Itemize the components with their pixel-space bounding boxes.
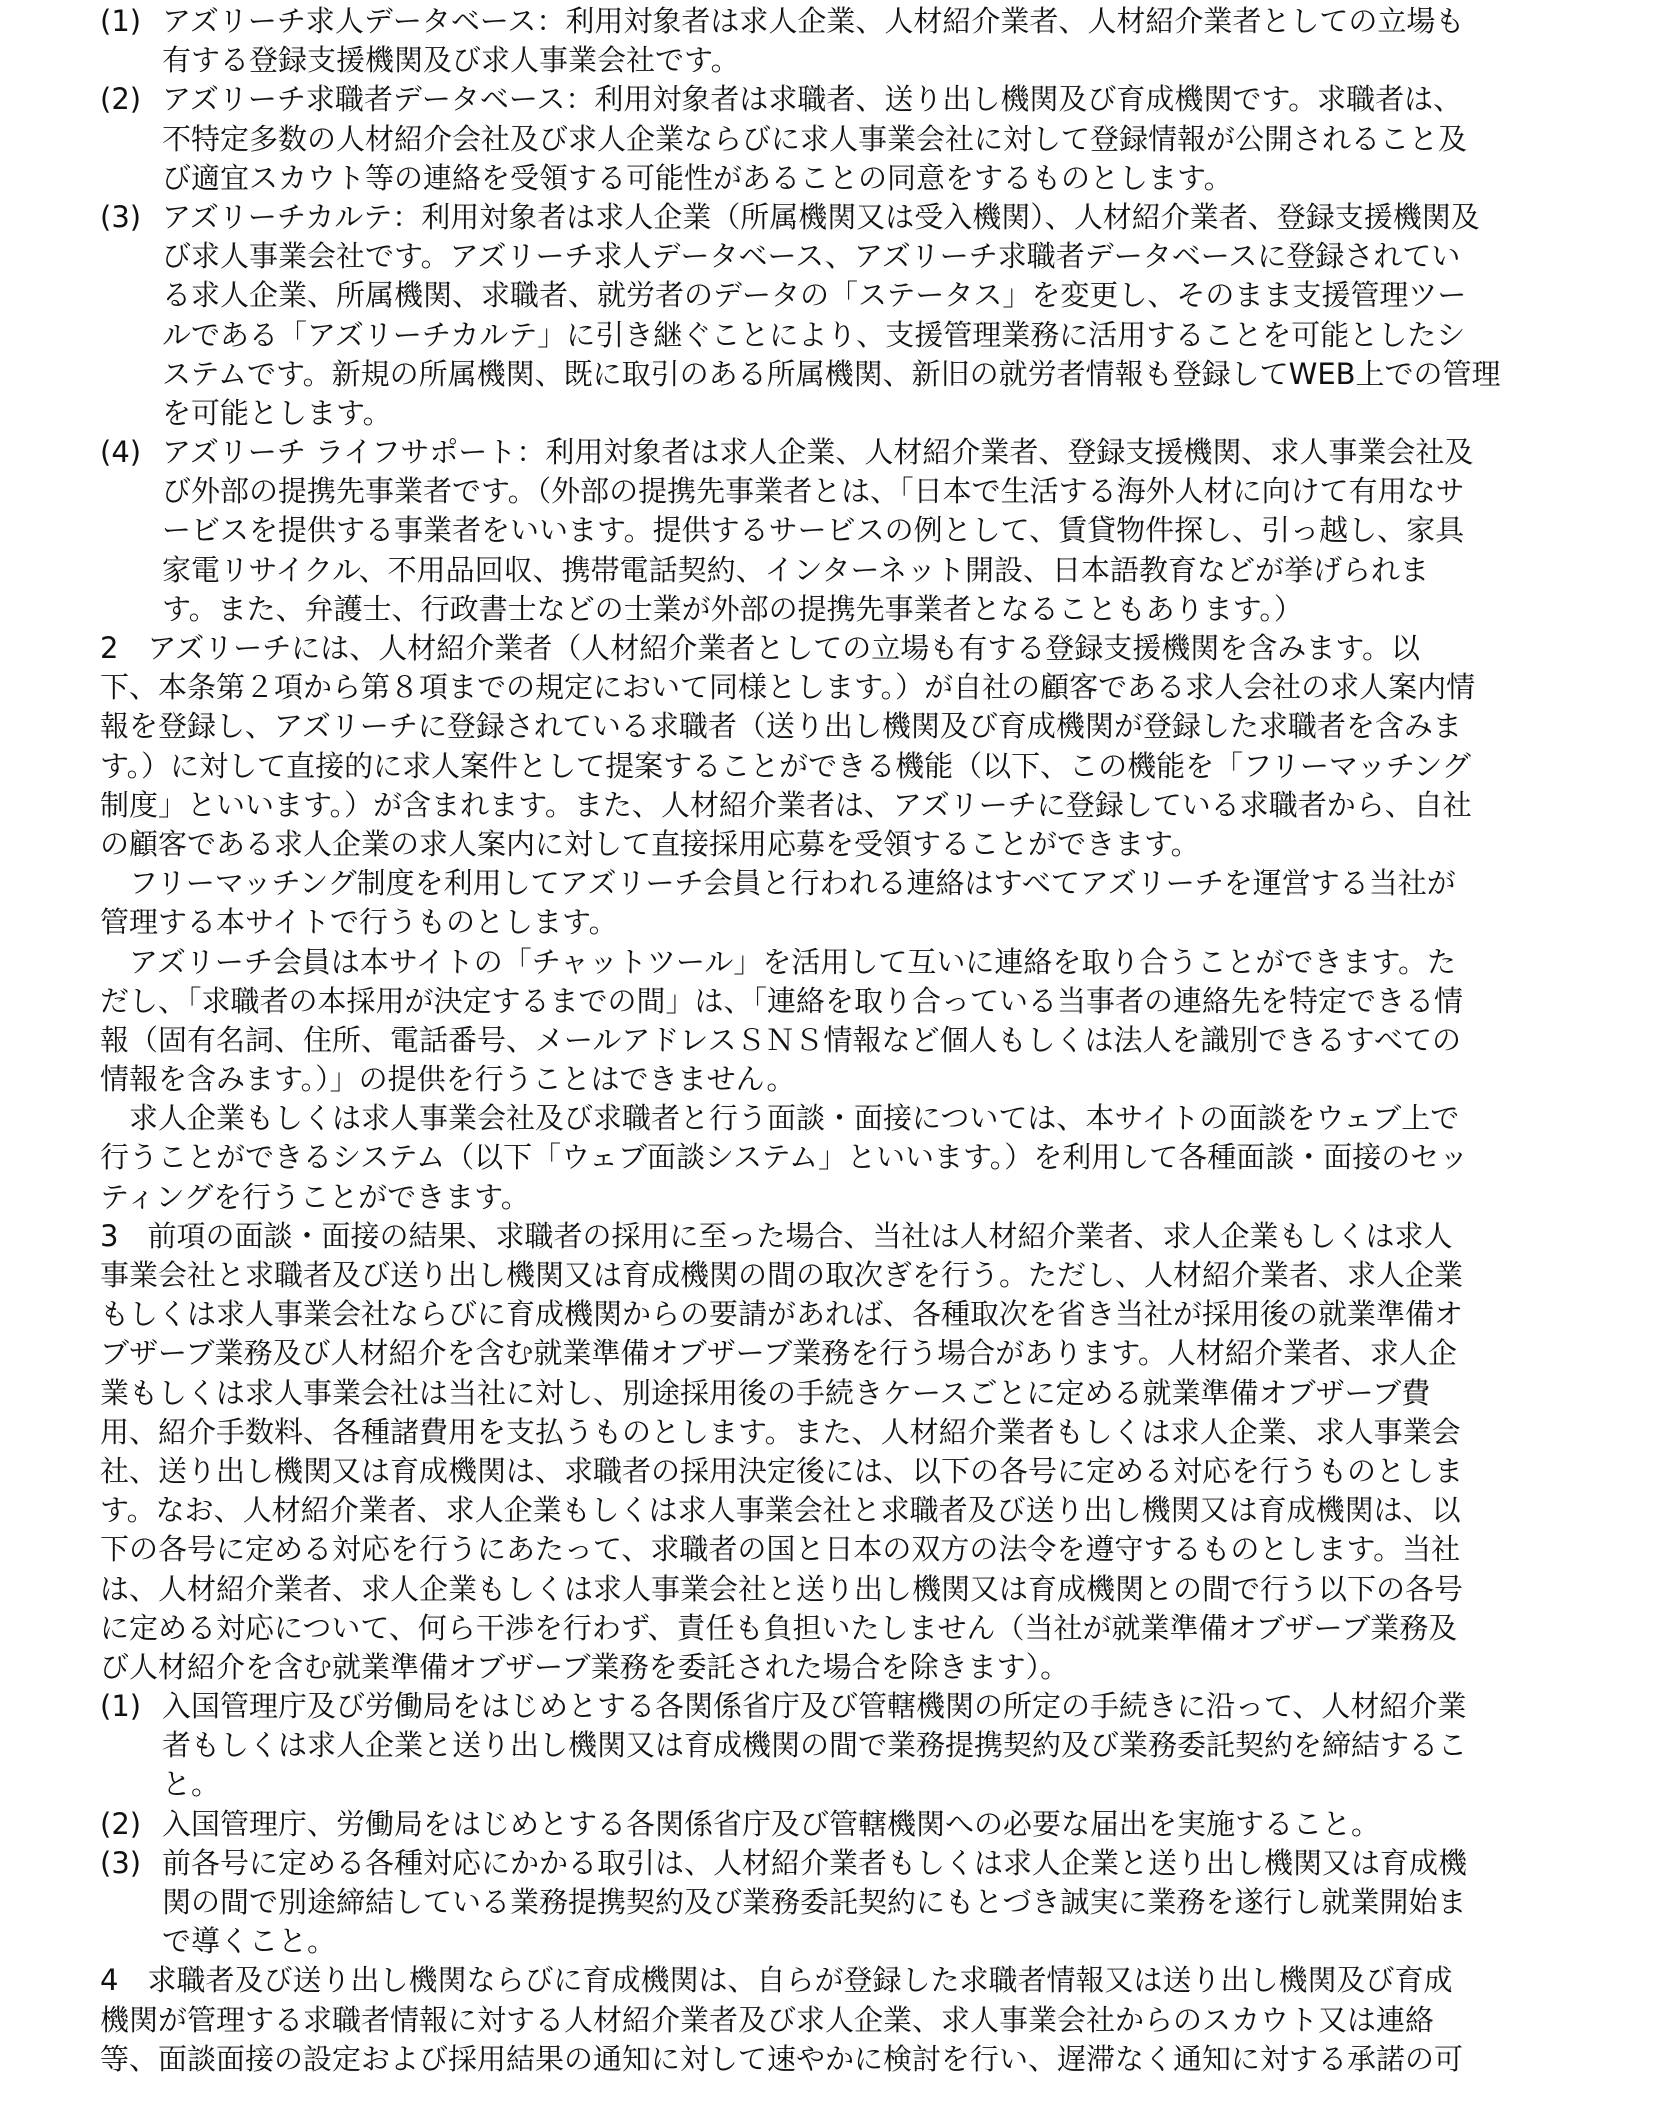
- paragraph-line: 等、面談面接の設定および採用結果の通知に対して速やかに検討を行い、遅滞なく通知に…: [100, 2040, 1600, 2079]
- list-item-continuation: を可能とします。: [100, 394, 1600, 433]
- list-item-continuation: る求人企業、所属機関、求職者、就労者のデータの「ステータス」を変更し、そのまま支…: [100, 276, 1600, 315]
- list-item-text: アズリーチ求職者データベース：利用対象者は求職者、送り出し機関及び育成機関です。…: [162, 82, 1462, 116]
- list-item-line: (1)入国管理庁及び労働局をはじめとする各関係省庁及び管轄機関の所定の手続きに沿…: [100, 1687, 1600, 1726]
- paragraph-line: 事業会社と求職者及び送り出し機関又は育成機関の間の取次ぎを行う。ただし、人材紹介…: [100, 1256, 1600, 1295]
- list-item-continuation: び求人事業会社です。アズリーチ求人データベース、アズリーチ求職者データベースに登…: [100, 237, 1600, 276]
- list-marker: (3): [100, 1844, 162, 1883]
- list-item-continuation: び外部の提携先事業者です。（外部の提携先事業者とは、「日本で生活する海外人材に向…: [100, 472, 1600, 511]
- list-item-continuation: す。また、弁護士、行政書士などの士業が外部の提携先事業者となることもあります。）: [100, 590, 1600, 629]
- paragraph-line: フリーマッチング制度を利用してアズリーチ会員と行われる連絡はすべてアズリーチを運…: [100, 864, 1600, 903]
- list-item-continuation: 関の間で別途締結している業務提携契約及び業務委託契約にもとづき誠実に業務を遂行し…: [100, 1883, 1600, 1922]
- paragraph-line: 報（固有名詞、住所、電話番号、メールアドレスＳＮＳ情報など個人もしくは法人を識別…: [100, 1021, 1600, 1060]
- list-item-text: アズリーチ求人データベース：利用対象者は求人企業、人材紹介業者、人材紹介業者とし…: [162, 4, 1464, 38]
- paragraph-line: ブザーブ業務及び人材紹介を含む就業準備オブザーブ業務を行う場合があります。人材紹…: [100, 1334, 1600, 1373]
- list-marker: (1): [100, 1687, 162, 1726]
- list-item-line: (1)アズリーチ求人データベース：利用対象者は求人企業、人材紹介業者、人材紹介業…: [100, 2, 1600, 41]
- list-marker: (4): [100, 433, 162, 472]
- list-item-continuation: び適宜スカウト等の連絡を受領する可能性があることの同意をするものとします。: [100, 159, 1600, 198]
- list-marker: (1): [100, 2, 162, 41]
- document-page: (1)アズリーチ求人データベース：利用対象者は求人企業、人材紹介業者、人材紹介業…: [100, 2, 1600, 2079]
- paragraph-line: 業もしくは求人事業会社は当社に対し、別途採用後の手続きケースごとに定める就業準備…: [100, 1374, 1600, 1413]
- list-item-line: (3)アズリーチカルテ：利用対象者は求人企業（所属機関又は受入機関）、人材紹介業…: [100, 198, 1600, 237]
- list-item-text: 入国管理庁及び労働局をはじめとする各関係省庁及び管轄機関の所定の手続きに沿って、…: [162, 1689, 1466, 1723]
- list-item-text: アズリーチカルテ：利用対象者は求人企業（所属機関又は受入機関）、人材紹介業者、登…: [162, 200, 1480, 234]
- list-marker: (3): [100, 198, 162, 237]
- list-item-continuation: ルである「アズリーチカルテ」に引き継ぐことにより、支援管理業務に活用することを可…: [100, 316, 1600, 355]
- paragraph-line: す。なお、人材紹介業者、求人企業もしくは求人事業会社と求職者及び送り出し機関又は…: [100, 1491, 1600, 1530]
- list-item-text: 入国管理庁、労働局をはじめとする各関係省庁及び管轄機関への必要な届出を実施するこ…: [162, 1807, 1380, 1841]
- paragraph-line: び人材紹介を含む就業準備オブザーブ業務を委託された場合を除きます）。: [100, 1648, 1600, 1687]
- paragraph-line: に定める対応について、何ら干渉を行わず、責任も負担いたしません（当社が就業準備オ…: [100, 1609, 1600, 1648]
- paragraph-line: 下、本条第２項から第８項までの規定において同様とします。）が自社の顧客である求人…: [100, 668, 1600, 707]
- paragraph-line: 機関が管理する求職者情報に対する人材紹介業者及び求人企業、求人事業会社からのスカ…: [100, 2001, 1600, 2040]
- paragraph-line: 求人企業もしくは求人事業会社及び求職者と行う面談・面接については、本サイトの面談…: [100, 1099, 1600, 1138]
- list-item-continuation: 者もしくは求人企業と送り出し機関又は育成機関の間で業務提携契約及び業務委託契約を…: [100, 1726, 1600, 1765]
- paragraph-line: 社、送り出し機関又は育成機関は、求職者の採用決定後には、以下の各号に定める対応を…: [100, 1452, 1600, 1491]
- list-marker: (2): [100, 1805, 162, 1844]
- list-item-continuation: 有する登録支援機関及び求人事業会社です。: [100, 41, 1600, 80]
- list-marker: (2): [100, 80, 162, 119]
- paragraph-line: す。）に対して直接的に求人案件として提案することができる機能（以下、この機能を「…: [100, 747, 1600, 786]
- list-item-continuation: ービスを提供する事業者をいいます。提供するサービスの例として、賃貸物件探し、引っ…: [100, 511, 1600, 550]
- list-item-continuation: 家電リサイクル、不用品回収、携帯電話契約、インターネット開設、日本語教育などが挙…: [100, 551, 1600, 590]
- paragraph-line: 用、紹介手数料、各種諸費用を支払うものとします。また、人材紹介業者もしくは求人企…: [100, 1413, 1600, 1452]
- paragraph-line: 制度」といいます。）が含まれます。また、人材紹介業者は、アズリーチに登録している…: [100, 786, 1600, 825]
- list-item-continuation: と。: [100, 1765, 1600, 1804]
- list-item-continuation: ステムです。新規の所属機関、既に取引のある所属機関、新旧の就労者情報も登録してW…: [100, 355, 1600, 394]
- list-item-line: (3)前各号に定める各種対応にかかる取引は、人材紹介業者もしくは求人企業と送り出…: [100, 1844, 1600, 1883]
- paragraph-line: だし、「求職者の本採用が決定するまでの間」は、「連絡を取り合っている当事者の連絡…: [100, 982, 1600, 1021]
- paragraph-line: 情報を含みます。）」の提供を行うことはできません。: [100, 1060, 1600, 1099]
- paragraph-line: 報を登録し、アズリーチに登録されている求職者（送り出し機関及び育成機関が登録した…: [100, 707, 1600, 746]
- paragraph-line: 2 アズリーチには、人材紹介業者（人材紹介業者としての立場も有する登録支援機関を…: [100, 629, 1600, 668]
- paragraph-line: 行うことができるシステム（以下「ウェブ面談システム」といいます。）を利用して各種…: [100, 1138, 1600, 1177]
- paragraph-line: 3 前項の面談・面接の結果、求職者の採用に至った場合、当社は人材紹介業者、求人企…: [100, 1217, 1600, 1256]
- paragraph-line: は、人材紹介業者、求人企業もしくは求人事業会社と送り出し機関又は育成機関との間で…: [100, 1570, 1600, 1609]
- paragraph-line: ティングを行うことができます。: [100, 1178, 1600, 1217]
- paragraph-line: アズリーチ会員は本サイトの「チャットツール」を活用して互いに連絡を取り合うことが…: [100, 943, 1600, 982]
- list-item-text: アズリーチ ライフサポート：利用対象者は求人企業、人材紹介業者、登録支援機関、求…: [162, 435, 1473, 469]
- list-item-line: (2)アズリーチ求職者データベース：利用対象者は求職者、送り出し機関及び育成機関…: [100, 80, 1600, 119]
- paragraph-line: 管理する本サイトで行うものとします。: [100, 903, 1600, 942]
- paragraph-line: 下の各号に定める対応を行うにあたって、求職者の国と日本の双方の法令を遵守するもの…: [100, 1530, 1600, 1569]
- list-item-continuation: 不特定多数の人材紹介会社及び求人企業ならびに求人事業会社に対して登録情報が公開さ…: [100, 120, 1600, 159]
- list-item-line: (2)入国管理庁、労働局をはじめとする各関係省庁及び管轄機関への必要な届出を実施…: [100, 1805, 1600, 1844]
- list-item-continuation: で導くこと。: [100, 1922, 1600, 1961]
- paragraph-line: の顧客である求人企業の求人案内に対して直接採用応募を受領することができます。: [100, 825, 1600, 864]
- list-item-line: (4)アズリーチ ライフサポート：利用対象者は求人企業、人材紹介業者、登録支援機…: [100, 433, 1600, 472]
- list-item-text: 前各号に定める各種対応にかかる取引は、人材紹介業者もしくは求人企業と送り出し機関…: [162, 1846, 1467, 1880]
- paragraph-line: 4 求職者及び送り出し機関ならびに育成機関は、自らが登録した求職者情報又は送り出…: [100, 1961, 1600, 2000]
- paragraph-line: もしくは求人事業会社ならびに育成機関からの要請があれば、各種取次を省き当社が採用…: [100, 1295, 1600, 1334]
